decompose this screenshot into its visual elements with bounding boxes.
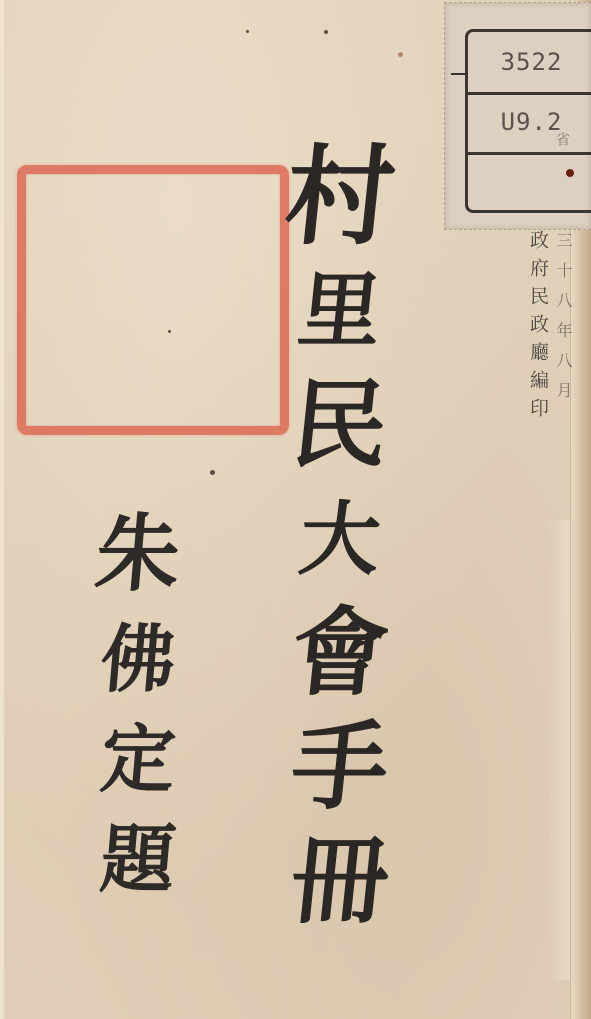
- seal-glyph: [195, 341, 270, 416]
- seal-glyph: [36, 263, 111, 338]
- left-page-edge: [0, 0, 4, 1019]
- signature-char: 佛: [97, 610, 180, 710]
- label-frame: 3522 U9.2: [465, 29, 591, 213]
- paper-speck: [398, 52, 403, 57]
- seal-glyph: [115, 341, 190, 416]
- red-collector-seal: [17, 165, 289, 435]
- seal-glyph: [195, 263, 270, 338]
- seal-glyph: [115, 263, 190, 338]
- calligrapher-signature: 朱 佛 定 題: [88, 498, 188, 910]
- seal-glyph: [115, 184, 190, 259]
- title-char: 手: [286, 710, 394, 824]
- seal-glyph: [36, 184, 111, 259]
- paper-speck: [246, 30, 249, 33]
- title-char: 村: [280, 140, 400, 254]
- call-number-line-1: 3522: [468, 32, 591, 95]
- title-char: 會: [286, 596, 394, 710]
- paper-tear-edge: [548, 520, 570, 980]
- publisher-text: 政府民政廳編印: [524, 230, 552, 426]
- signature-char: 朱: [91, 498, 185, 610]
- publication-date-partial: 三十八年八月: [554, 232, 572, 532]
- title-char: 里: [293, 254, 387, 368]
- title-char: 大: [294, 482, 386, 596]
- seal-glyph: [195, 184, 270, 259]
- publisher-partial-top: 省: [556, 132, 572, 156]
- book-cover: 3522 U9.2 省 政府民政廳編印 三十八年八月 村 里 民 大 會 手 冊: [0, 0, 591, 1019]
- seal-character-grid: [36, 184, 270, 416]
- ink-dot: [566, 169, 574, 177]
- library-call-number-label: 3522 U9.2: [444, 2, 591, 230]
- book-title: 村 里 民 大 會 手 冊: [280, 140, 400, 938]
- seal-glyph: [36, 341, 111, 416]
- title-char: 冊: [286, 824, 394, 938]
- call-number-line-2: U9.2: [468, 92, 591, 155]
- signature-char: 定: [97, 710, 180, 810]
- paper-speck: [210, 470, 215, 475]
- paper-speck: [324, 30, 328, 34]
- title-char: 民: [286, 368, 394, 482]
- signature-char: 題: [97, 810, 180, 910]
- label-tick-mark: [451, 73, 465, 75]
- call-number-line-3: [468, 152, 591, 212]
